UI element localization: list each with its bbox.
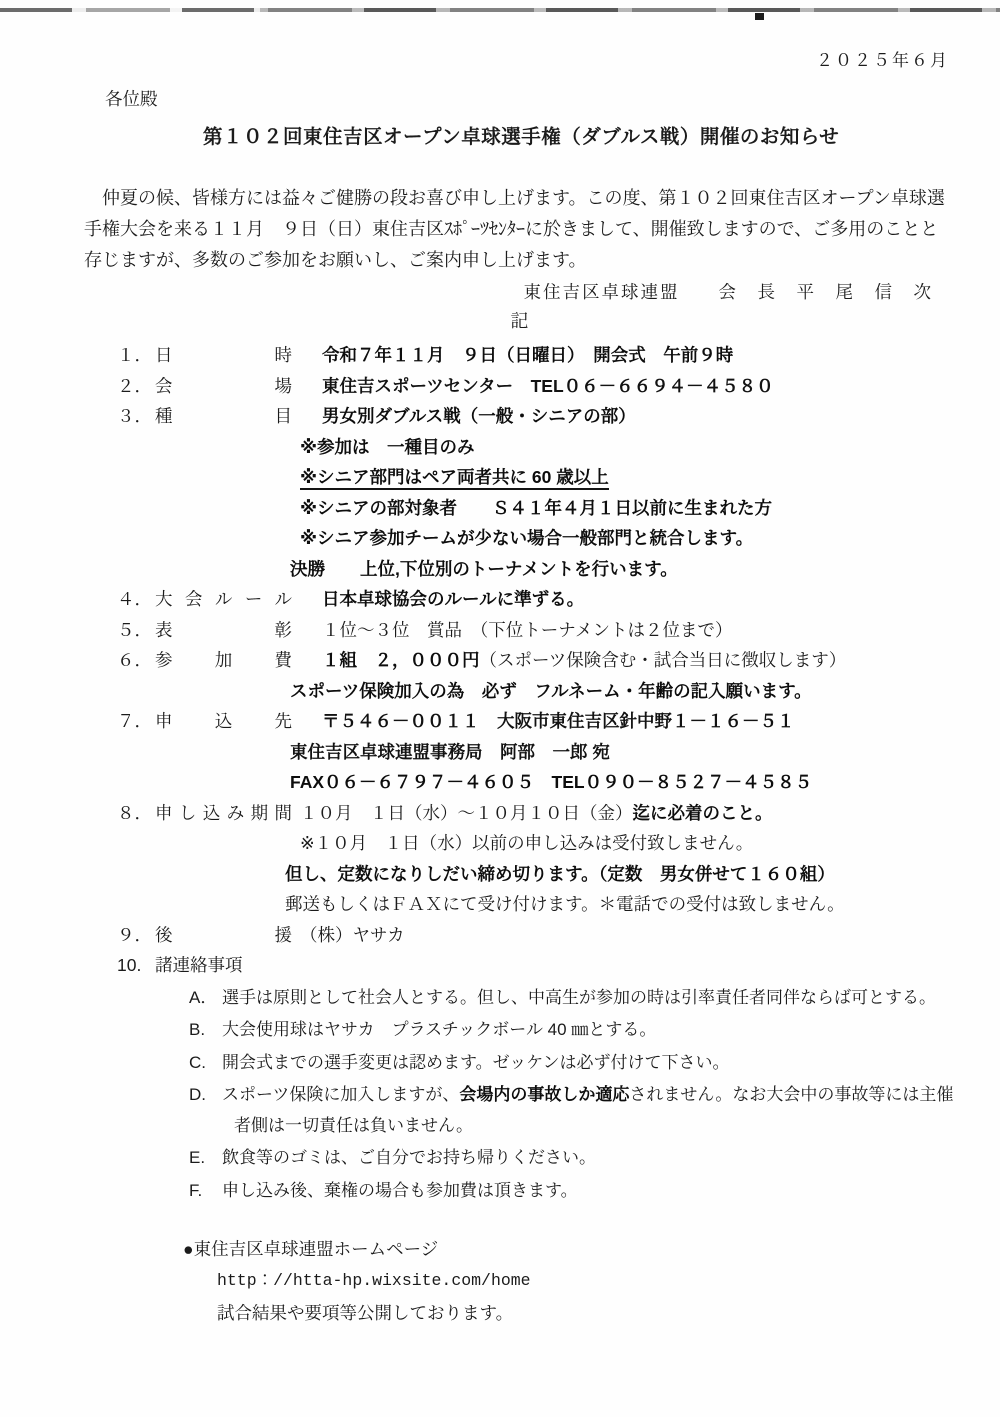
value-line: スポーツ保険加入の為 必ず フルネーム・年齢の記入願います。 bbox=[290, 676, 955, 707]
item-value: 男女別ダブルス戦（一般・シニアの部）※参加は 一種目のみ※シニア部門はペア両者共… bbox=[322, 401, 955, 584]
item-value: 日本卓球協会のルールに準ずる。 bbox=[322, 584, 955, 615]
list-item: 10.諸連絡事項 bbox=[117, 950, 955, 981]
salutation: 各位殿 bbox=[105, 86, 955, 111]
signature-line: 東住吉区卓球連盟 会 長 平 尾 信 次 bbox=[84, 279, 933, 304]
item-value: 令和７年１１月 ９日（日曜日） 開会式 午前９時 bbox=[322, 340, 955, 371]
item-label: 諸連絡事項 bbox=[155, 950, 292, 981]
items-list: １．日時令和７年１１月 ９日（日曜日） 開会式 午前９時２．会場東住吉スポーツセ… bbox=[117, 340, 955, 981]
list-item: ９．後援（株）ヤサカ bbox=[117, 920, 955, 951]
text-segment: 者側は一切責任は負いません。 bbox=[234, 1116, 473, 1135]
value-line: 東住吉スポーツセンター TEL０６－６６９４－４５８０ bbox=[322, 371, 955, 402]
item-value: 〒５４６－００１１ 大阪市東住吉区針中野１－１６－５１東住吉区卓球連盟事務局 阿… bbox=[322, 706, 955, 798]
item-value: １０月 １日（水）～１０月１０日（金）迄に必着のこと。※１０月 １日（水）以前の… bbox=[322, 798, 955, 920]
item-value: （株）ヤサカ bbox=[322, 920, 955, 951]
value-line: 郵送もしくはＦＡＸにて受け付けます。＊電話での受付は致しません。 bbox=[285, 889, 955, 920]
intro-line: 仲夏の候、皆様方には益々ご健勝の段お喜び申し上げます。この度、第１０２回東住吉区… bbox=[84, 183, 955, 214]
list-item: ２．会場東住吉スポーツセンター TEL０６－６６９４－４５８０ bbox=[117, 371, 955, 402]
text-segment: 但し、定数になりしだい締め切ります。（定数 男女併せて１６０組） bbox=[285, 864, 835, 884]
text-segment: 迄に必着のこと。 bbox=[633, 803, 773, 823]
footer-block: ●東住吉区卓球連盟ホームページ http：//htta-hp.wixsite.c… bbox=[183, 1233, 955, 1329]
text-segment: ※参加は 一種目のみ bbox=[300, 437, 475, 457]
scan-artifact-speck bbox=[755, 13, 764, 20]
value-line: １０月 １日（水）～１０月１０日（金）迄に必着のこと。 bbox=[300, 798, 955, 829]
note-line: スポーツ保険に加入しますが、会場内の事故しか適応されません。なお大会中の事故等に… bbox=[222, 1080, 955, 1111]
text-segment: 東住吉区卓球連盟事務局 阿部 一郎 宛 bbox=[290, 742, 610, 762]
item-label: 会場 bbox=[155, 371, 292, 402]
value-line: 日本卓球協会のルールに準ずる。 bbox=[322, 584, 955, 615]
value-line: 但し、定数になりしだい締め切ります。（定数 男女併せて１６０組） bbox=[285, 859, 955, 890]
value-line: ※シニア参加チームが少ない場合一般部門と統合します。 bbox=[300, 523, 955, 554]
value-line: 令和７年１１月 ９日（日曜日） 開会式 午前９時 bbox=[322, 340, 955, 371]
note-letter: C. bbox=[189, 1048, 222, 1079]
note-item: B.大会使用球はヤサカ プラスチックボール 40 ㎜とする。 bbox=[189, 1015, 955, 1046]
text-segment: 申し込み後、棄権の場合も参加費は頂きます。 bbox=[222, 1181, 578, 1200]
note-line: 開会式までの選手変更は認めます。ゼッケンは必ず付けて下さい。 bbox=[222, 1048, 955, 1079]
list-item: ５．表彰１位～３位 賞品 （下位トーナメントは２位まで） bbox=[117, 615, 955, 646]
value-line: 男女別ダブルス戦（一般・シニアの部） bbox=[322, 401, 955, 432]
text-segment: 東住吉スポーツセンター TEL０６－６６９４－４５８０ bbox=[322, 376, 774, 396]
note-text: 選手は原則として社会人とする。但し、中高生が参加の時は引率責任者同伴ならば可とす… bbox=[222, 983, 955, 1014]
item-number: ７． bbox=[117, 706, 155, 737]
text-segment: ※１０月 １日（水）以前の申し込みは受付致しません。 bbox=[300, 833, 753, 853]
record-mark: 記 bbox=[84, 307, 955, 333]
list-item: ８．申し込み期間１０月 １日（水）～１０月１０日（金）迄に必着のこと。※１０月 … bbox=[117, 798, 955, 920]
text-segment: 郵送もしくはＦＡＸにて受け付けます。＊電話での受付は致しません。 bbox=[285, 894, 845, 914]
value-line: １組 ２，０００円（スポーツ保険含む・試合当日に徴収します） bbox=[322, 645, 955, 676]
text-segment: １０月 １日（水）～１０月１０日（金） bbox=[300, 803, 633, 823]
text-segment: FAX０６－６７９７－４６０５ TEL０９０－８５２７－４５８５ bbox=[290, 772, 812, 792]
value-line: ※シニアの部対象者 Ｓ４１年４月１日以前に生まれた方 bbox=[300, 493, 955, 524]
note-item: A．選手は原則として社会人とする。但し、中高生が参加の時は引率責任者同伴ならば可… bbox=[189, 983, 955, 1014]
homepage-url: http：//htta-hp.wixsite.com/home bbox=[217, 1265, 955, 1297]
note-letter: D. bbox=[189, 1080, 222, 1111]
document-date: ２０２５年６月 bbox=[84, 46, 949, 71]
item-label: 種目 bbox=[155, 401, 292, 432]
item-number: １． bbox=[117, 340, 155, 371]
text-segment: ※シニアの部対象者 Ｓ４１年４月１日以前に生まれた方 bbox=[300, 498, 772, 518]
text-segment: 開会式までの選手変更は認めます。ゼッケンは必ず付けて下さい。 bbox=[222, 1053, 729, 1072]
value-line: １位～３位 賞品 （下位トーナメントは２位まで） bbox=[322, 615, 955, 646]
text-segment: 会場内の事故しか適応 bbox=[459, 1085, 629, 1104]
note-line: 大会使用球はヤサカ プラスチックボール 40 ㎜とする。 bbox=[222, 1015, 955, 1046]
note-line: 選手は原則として社会人とする。但し、中高生が参加の時は引率責任者同伴ならば可とす… bbox=[222, 983, 955, 1014]
item-value bbox=[322, 950, 955, 981]
text-segment: 決勝 上位,下位別のトーナメントを行います。 bbox=[290, 559, 678, 579]
item-number: ４． bbox=[117, 584, 155, 615]
item-label: 申し込み期間 bbox=[155, 798, 292, 829]
value-line: （株）ヤサカ bbox=[300, 920, 955, 951]
homepage-note: 試合結果や要項等公開しております。 bbox=[217, 1297, 955, 1329]
value-line: 東住吉区卓球連盟事務局 阿部 一郎 宛 bbox=[290, 737, 955, 768]
list-item: ６．参加費１組 ２，０００円（スポーツ保険含む・試合当日に徴収します）スポーツ保… bbox=[117, 645, 955, 706]
item-number: ５． bbox=[117, 615, 155, 646]
text-segment: （スポーツ保険含む・試合当日に徴収します） bbox=[480, 650, 847, 670]
text-segment: 令和７年１１月 ９日（日曜日） 開会式 午前９時 bbox=[322, 345, 733, 365]
item-number: ８． bbox=[117, 798, 155, 829]
item-number: ３． bbox=[117, 401, 155, 432]
item-number: ６． bbox=[117, 645, 155, 676]
list-item: １．日時令和７年１１月 ９日（日曜日） 開会式 午前９時 bbox=[117, 340, 955, 371]
text-segment: 〒５４６－００１１ 大阪市東住吉区針中野１－１６－５１ bbox=[322, 711, 795, 731]
text-segment: ※シニア参加チームが少ない場合一般部門と統合します。 bbox=[300, 528, 753, 548]
list-item: ３．種目男女別ダブルス戦（一般・シニアの部）※参加は 一種目のみ※シニア部門はペ… bbox=[117, 401, 955, 584]
value-line: 〒５４６－００１１ 大阪市東住吉区針中野１－１６－５１ bbox=[322, 706, 955, 737]
item-label: 表彰 bbox=[155, 615, 292, 646]
note-text: 申し込み後、棄権の場合も参加費は頂きます。 bbox=[222, 1176, 955, 1207]
text-segment: １位～３位 賞品 （下位トーナメントは２位まで） bbox=[322, 620, 733, 640]
text-segment: 選手は原則として社会人とする。但し、中高生が参加の時は引率責任者同伴ならば可とす… bbox=[222, 988, 936, 1007]
note-item: C.開会式までの選手変更は認めます。ゼッケンは必ず付けて下さい。 bbox=[189, 1048, 955, 1079]
item-label: 大会ルール bbox=[155, 584, 292, 615]
item-label: 日時 bbox=[155, 340, 292, 371]
note-item: D.スポーツ保険に加入しますが、会場内の事故しか適応されません。なお大会中の事故… bbox=[189, 1080, 955, 1141]
item-value: １位～３位 賞品 （下位トーナメントは２位まで） bbox=[322, 615, 955, 646]
value-line: FAX０６－６７９７－４６０５ TEL０９０－８５２７－４５８５ bbox=[290, 767, 955, 798]
text-segment: 男女別ダブルス戦（一般・シニアの部） bbox=[322, 406, 636, 426]
homepage-label: ●東住吉区卓球連盟ホームページ bbox=[183, 1233, 955, 1265]
note-text: 大会使用球はヤサカ プラスチックボール 40 ㎜とする。 bbox=[222, 1015, 955, 1046]
text-segment: スポーツ保険加入の為 必ず フルネーム・年齢の記入願います。 bbox=[290, 681, 812, 701]
note-line: 申し込み後、棄権の場合も参加費は頂きます。 bbox=[222, 1176, 955, 1207]
value-line: 決勝 上位,下位別のトーナメントを行います。 bbox=[290, 554, 955, 585]
text-segment: スポーツ保険に加入しますが、 bbox=[222, 1085, 459, 1104]
text-segment: 飲食等のゴミは、ご自分でお持ち帰りください。 bbox=[222, 1148, 596, 1167]
item-value: 東住吉スポーツセンター TEL０６－６６９４－４５８０ bbox=[322, 371, 955, 402]
list-item: ７．申込先〒５４６－００１１ 大阪市東住吉区針中野１－１６－５１東住吉区卓球連盟… bbox=[117, 706, 955, 798]
intro-line: 存じますが、多数のご参加をお願いし、ご案内申し上げます。 bbox=[84, 245, 955, 276]
value-line: ※シニア部門はペア両者共に 60 歳以上 bbox=[300, 462, 955, 493]
note-item: E.飲食等のゴミは、ご自分でお持ち帰りください。 bbox=[189, 1143, 955, 1174]
item-number: 10. bbox=[117, 950, 155, 981]
document-content: ２０２５年６月 各位殿 第１０２回東住吉区オープン卓球選手権（ダブルス戦）開催の… bbox=[0, 46, 1000, 1329]
note-text: 開会式までの選手変更は認めます。ゼッケンは必ず付けて下さい。 bbox=[222, 1048, 955, 1079]
note-text: スポーツ保険に加入しますが、会場内の事故しか適応されません。なお大会中の事故等に… bbox=[222, 1080, 955, 1141]
note-letter: B. bbox=[189, 1015, 222, 1046]
note-letter: A． bbox=[189, 983, 222, 1014]
intro-paragraph: 仲夏の候、皆様方には益々ご健勝の段お喜び申し上げます。この度、第１０２回東住吉区… bbox=[84, 183, 955, 276]
text-segment: （株）ヤサカ bbox=[300, 925, 405, 945]
note-line: 者側は一切責任は負いません。 bbox=[234, 1111, 955, 1142]
text-segment: されません。なお大会中の事故等には主催 bbox=[629, 1085, 953, 1104]
note-letter: F. bbox=[189, 1176, 222, 1207]
note-letter: E. bbox=[189, 1143, 222, 1174]
item-label: 申込先 bbox=[155, 706, 292, 737]
value-line: ※参加は 一種目のみ bbox=[300, 432, 955, 463]
item-number: ９． bbox=[117, 920, 155, 951]
list-item: ４．大会ルール日本卓球協会のルールに準ずる。 bbox=[117, 584, 955, 615]
item-number: ２． bbox=[117, 371, 155, 402]
item-value: １組 ２，０００円（スポーツ保険含む・試合当日に徴収します）スポーツ保険加入の為… bbox=[322, 645, 955, 706]
document-page: ２０２５年６月 各位殿 第１０２回東住吉区オープン卓球選手権（ダブルス戦）開催の… bbox=[0, 0, 1000, 1417]
notes-list: A．選手は原則として社会人とする。但し、中高生が参加の時は引率責任者同伴ならば可… bbox=[189, 983, 955, 1207]
note-line: 飲食等のゴミは、ご自分でお持ち帰りください。 bbox=[222, 1143, 955, 1174]
item-label: 後援 bbox=[155, 920, 292, 951]
text-segment: 日本卓球協会のルールに準ずる。 bbox=[322, 589, 584, 609]
text-segment: １組 ２，０００円 bbox=[322, 650, 480, 670]
intro-line: 手権大会を来る１１月 ９日（日）東住吉区ｽﾎﾟｰﾂｾﾝﾀｰに於きまして、開催致し… bbox=[84, 214, 955, 245]
document-title: 第１０２回東住吉区オープン卓球選手権（ダブルス戦）開催のお知らせ bbox=[203, 121, 955, 149]
text-segment: 大会使用球はヤサカ プラスチックボール 40 ㎜とする。 bbox=[222, 1020, 656, 1039]
note-item: F.申し込み後、棄権の場合も参加費は頂きます。 bbox=[189, 1176, 955, 1207]
scan-artifact-line bbox=[0, 8, 1000, 12]
text-segment: ※シニア部門はペア両者共に 60 歳以上 bbox=[300, 467, 609, 490]
note-text: 飲食等のゴミは、ご自分でお持ち帰りください。 bbox=[222, 1143, 955, 1174]
item-label: 参加費 bbox=[155, 645, 292, 676]
value-line: ※１０月 １日（水）以前の申し込みは受付致しません。 bbox=[300, 828, 955, 859]
